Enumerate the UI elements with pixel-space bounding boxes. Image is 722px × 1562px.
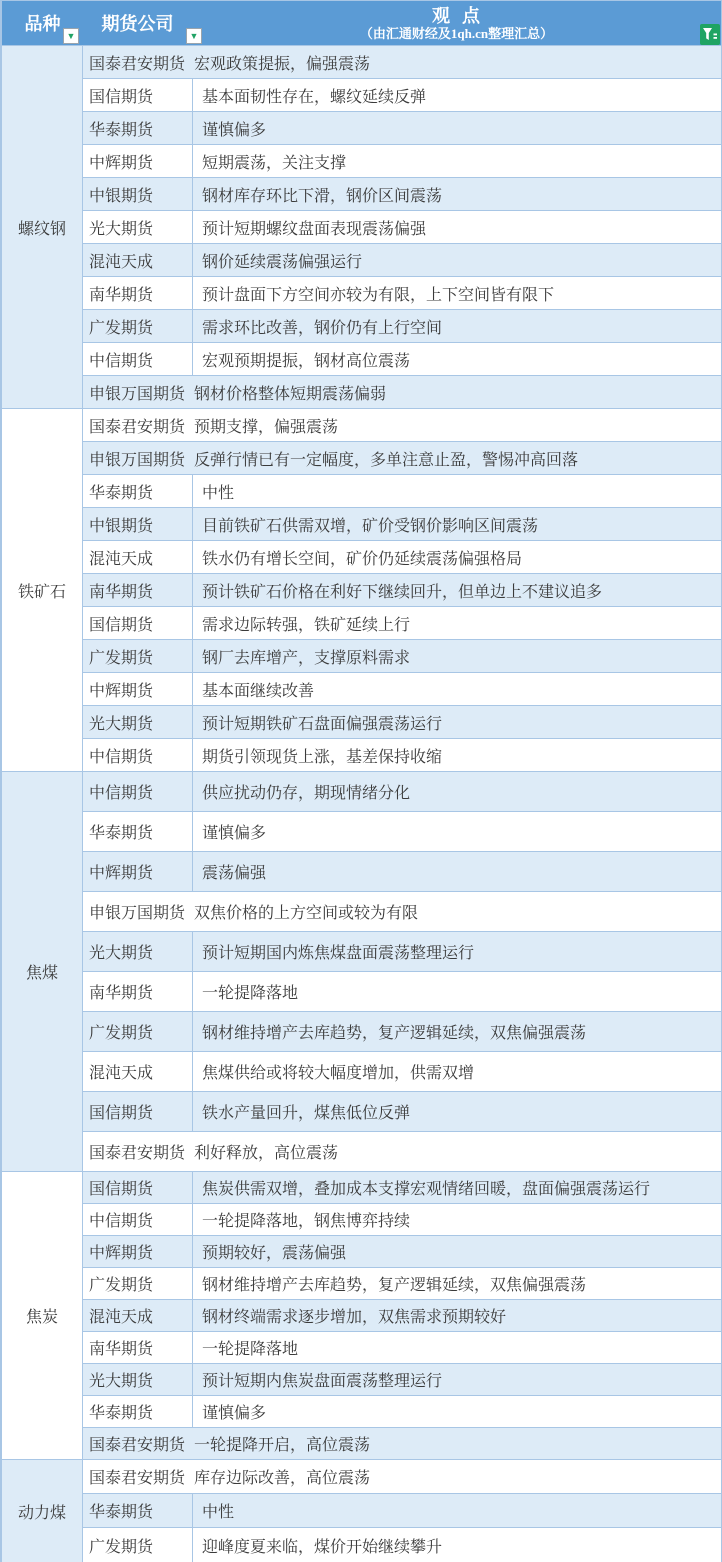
table-row: 广发期货 钢材维持增产去库趋势，复产逻辑延续，双焦偏强震荡: [83, 1268, 721, 1300]
opinion-cell[interactable]: 基本面继续改善: [192, 673, 721, 705]
table-body: 螺纹钢 国泰君安期货 宏观政策提振，偏强震荡 国信期货 基本面韧性存在，螺纹延续…: [2, 46, 721, 1562]
section-rows: 国泰君安期货 宏观政策提振，偏强震荡 国信期货 基本面韧性存在，螺纹延续反弹 华…: [83, 46, 721, 409]
table-row: 中辉期货 震荡偏强: [83, 852, 721, 892]
opinion-cell[interactable]: 焦煤供给或将较大幅度增加，供需双增: [192, 1052, 721, 1091]
opinion-cell[interactable]: 期货引领现货上涨，基差保持收缩: [192, 739, 721, 771]
company-cell[interactable]: 申银万国期货: [83, 892, 192, 931]
company-cell[interactable]: 南华期货: [83, 277, 192, 309]
table-row: 南华期货 一轮提降落地: [83, 1332, 721, 1364]
table-row: 光大期货 预计短期内焦炭盘面震荡整理运行: [83, 1364, 721, 1396]
opinion-cell[interactable]: 震荡偏强: [192, 852, 721, 891]
opinion-filter-button[interactable]: [700, 24, 720, 45]
company-cell[interactable]: 中辉期货: [83, 145, 192, 177]
variety-section: 铁矿石 国泰君安期货 预期支撑，偏强震荡 申银万国期货 反弹行情已有一定幅度，多…: [2, 409, 721, 772]
variety-header-label: 品种: [25, 10, 61, 36]
opinion-cell[interactable]: 钢材维持增产去库趋势，复产逻辑延续，双焦偏强震荡: [192, 1012, 721, 1051]
company-cell[interactable]: 光大期货: [83, 706, 192, 738]
section-rows: 国泰君安期货 预期支撑，偏强震荡 申银万国期货 反弹行情已有一定幅度，多单注意止…: [83, 409, 721, 772]
opinion-cell[interactable]: 反弹行情已有一定幅度，多单注意止盈，警惕冲高回落: [192, 442, 721, 474]
table-row: 华泰期货 谨慎偏多: [83, 112, 721, 145]
opinion-cell[interactable]: 焦炭供需双增，叠加成本支撑宏观情绪回暖，盘面偏强震荡运行: [192, 1172, 721, 1203]
table-row: 华泰期货 中性: [83, 475, 721, 508]
company-cell[interactable]: 国泰君安期货: [83, 409, 192, 441]
opinion-cell[interactable]: 预计短期内焦炭盘面震荡整理运行: [192, 1364, 721, 1395]
company-cell[interactable]: 申银万国期货: [83, 442, 192, 474]
table-row: 南华期货 预计铁矿石价格在利好下继续回升，但单边上不建议追多: [83, 574, 721, 607]
table-row: 国泰君安期货 预期支撑，偏强震荡: [83, 409, 721, 442]
opinions-table: 品种 期货公司 观 点 （由汇通财经及1qh.cn整理汇总） ▼ ▼ 螺纹钢 国…: [0, 0, 722, 1562]
company-cell[interactable]: 国泰君安期货: [83, 1428, 192, 1459]
opinion-cell[interactable]: 谨慎偏多: [192, 1396, 721, 1427]
filter-funnel-icon: [702, 27, 718, 42]
opinion-cell[interactable]: 钢材库存环比下滑，钢价区间震荡: [192, 178, 721, 210]
company-cell[interactable]: 光大期货: [83, 211, 192, 243]
company-cell[interactable]: 广发期货: [83, 640, 192, 672]
company-cell[interactable]: 广发期货: [83, 1268, 192, 1299]
company-filter-button[interactable]: ▼: [186, 28, 202, 44]
company-cell[interactable]: 光大期货: [83, 932, 192, 971]
company-cell[interactable]: 广发期货: [83, 310, 192, 342]
table-row: 南华期货 一轮提降落地: [83, 972, 721, 1012]
company-cell[interactable]: 国泰君安期货: [83, 1132, 192, 1171]
opinion-cell[interactable]: 预计短期铁矿石盘面偏强震荡运行: [192, 706, 721, 738]
company-cell[interactable]: 申银万国期货: [83, 376, 192, 408]
variety-section: 螺纹钢 国泰君安期货 宏观政策提振，偏强震荡 国信期货 基本面韧性存在，螺纹延续…: [2, 46, 721, 409]
table-row: 混沌天成 钢材终端需求逐步增加，双焦需求预期较好: [83, 1300, 721, 1332]
company-cell[interactable]: 国信期货: [83, 607, 192, 639]
company-cell[interactable]: 南华期货: [83, 574, 192, 606]
opinion-cell[interactable]: 谨慎偏多: [192, 812, 721, 851]
table-row: 华泰期货 谨慎偏多: [83, 812, 721, 852]
opinion-header-subtitle: （由汇通财经及1qh.cn整理汇总）: [360, 27, 553, 42]
company-cell[interactable]: 中辉期货: [83, 1236, 192, 1267]
table-row: 中银期货 钢材库存环比下滑，钢价区间震荡: [83, 178, 721, 211]
company-cell[interactable]: 国信期货: [83, 79, 192, 111]
company-cell[interactable]: 华泰期货: [83, 475, 192, 507]
opinion-header-title: 观 点: [432, 6, 481, 27]
opinion-cell[interactable]: 宏观政策提振，偏强震荡: [192, 46, 721, 78]
table-row: 国信期货 焦炭供需双增，叠加成本支撑宏观情绪回暖，盘面偏强震荡运行: [83, 1172, 721, 1204]
opinion-cell[interactable]: 钢价延续震荡偏强运行: [192, 244, 721, 276]
opinion-cell[interactable]: 一轮提降落地，钢焦博弈持续: [192, 1204, 721, 1235]
table-header: 品种 期货公司 观 点 （由汇通财经及1qh.cn整理汇总） ▼ ▼: [2, 1, 721, 46]
table-row: 国信期货 铁水产量回升，煤焦低位反弹: [83, 1092, 721, 1132]
opinion-cell[interactable]: 一轮提降落地: [192, 1332, 721, 1363]
company-cell[interactable]: 国信期货: [83, 1092, 192, 1131]
opinion-cell[interactable]: 铁水产量回升，煤焦低位反弹: [192, 1092, 721, 1131]
section-rows: 国泰君安期货 库存边际改善，高位震荡 华泰期货 中性 广发期货 迎峰度夏来临，煤…: [83, 1460, 721, 1562]
company-header-label: 期货公司: [102, 10, 174, 36]
company-cell[interactable]: 华泰期货: [83, 1396, 192, 1427]
opinion-cell[interactable]: 预计铁矿石价格在利好下继续回升，但单边上不建议追多: [192, 574, 721, 606]
col-header-company: 期货公司: [83, 1, 192, 45]
company-cell[interactable]: 广发期货: [83, 1528, 192, 1562]
variety-cell[interactable]: 焦炭: [2, 1172, 83, 1460]
variety-section: 动力煤 国泰君安期货 库存边际改善，高位震荡 华泰期货 中性 广发期货 迎峰度夏…: [2, 1460, 721, 1562]
opinion-cell[interactable]: 利好释放，高位震荡: [192, 1132, 721, 1171]
table-row: 中银期货 目前铁矿石供需双增，矿价受钢价影响区间震荡: [83, 508, 721, 541]
section-rows: 中信期货 供应扰动仍存，期现情绪分化 华泰期货 谨慎偏多 中辉期货 震荡偏强 申…: [83, 772, 721, 1172]
opinion-cell[interactable]: 宏观预期提振，钢材高位震荡: [192, 343, 721, 375]
opinion-cell[interactable]: 需求边际转强，铁矿延续上行: [192, 607, 721, 639]
opinion-cell[interactable]: 预期较好，震荡偏强: [192, 1236, 721, 1267]
company-cell[interactable]: 光大期货: [83, 1364, 192, 1395]
table-row: 混沌天成 铁水仍有增长空间，矿价仍延续震荡偏强格局: [83, 541, 721, 574]
company-cell[interactable]: 中信期货: [83, 343, 192, 375]
table-row: 混沌天成 焦煤供给或将较大幅度增加，供需双增: [83, 1052, 721, 1092]
company-cell[interactable]: 国泰君安期货: [83, 46, 192, 78]
section-rows: 国信期货 焦炭供需双增，叠加成本支撑宏观情绪回暖，盘面偏强震荡运行 中信期货 一…: [83, 1172, 721, 1460]
opinion-cell[interactable]: 库存边际改善，高位震荡: [192, 1460, 721, 1493]
company-cell[interactable]: 混沌天成: [83, 1300, 192, 1331]
company-cell[interactable]: 南华期货: [83, 1332, 192, 1363]
variety-section: 焦煤 中信期货 供应扰动仍存，期现情绪分化 华泰期货 谨慎偏多 中辉期货 震荡偏…: [2, 772, 721, 1172]
variety-filter-button[interactable]: ▼: [63, 28, 79, 44]
opinion-cell[interactable]: 中性: [192, 475, 721, 507]
company-cell[interactable]: 中银期货: [83, 178, 192, 210]
variety-cell[interactable]: 螺纹钢: [2, 46, 83, 409]
company-cell[interactable]: 中信期货: [83, 772, 192, 811]
company-cell[interactable]: 华泰期货: [83, 812, 192, 851]
opinion-cell[interactable]: 钢材终端需求逐步增加，双焦需求预期较好: [192, 1300, 721, 1331]
opinion-cell[interactable]: 铁水仍有增长空间，矿价仍延续震荡偏强格局: [192, 541, 721, 573]
dropdown-arrow-icon: ▼: [190, 32, 199, 41]
company-cell[interactable]: 广发期货: [83, 1012, 192, 1051]
company-cell[interactable]: 国泰君安期货: [83, 1460, 192, 1493]
opinion-cell[interactable]: 钢材价格整体短期震荡偏弱: [192, 376, 721, 408]
table-row: 国信期货 基本面韧性存在，螺纹延续反弹: [83, 79, 721, 112]
table-row: 广发期货 钢厂去库增产，支撑原料需求: [83, 640, 721, 673]
opinion-cell[interactable]: 钢厂去库增产，支撑原料需求: [192, 640, 721, 672]
table-row: 国泰君安期货 宏观政策提振，偏强震荡: [83, 46, 721, 79]
table-row: 广发期货 迎峰度夏来临，煤价开始继续攀升: [83, 1528, 721, 1562]
opinion-cell[interactable]: 预期支撑，偏强震荡: [192, 409, 721, 441]
company-cell[interactable]: 中信期货: [83, 739, 192, 771]
table-row: 申银万国期货 双焦价格的上方空间或较为有限: [83, 892, 721, 932]
opinion-cell[interactable]: 目前铁矿石供需双增，矿价受钢价影响区间震荡: [192, 508, 721, 540]
variety-cell[interactable]: 焦煤: [2, 772, 83, 1172]
company-cell[interactable]: 混沌天成: [83, 541, 192, 573]
opinion-cell[interactable]: 谨慎偏多: [192, 112, 721, 144]
company-cell[interactable]: 中信期货: [83, 1204, 192, 1235]
col-header-opinion: 观 点 （由汇通财经及1qh.cn整理汇总）: [192, 1, 721, 45]
table-row: 光大期货 预计短期国内炼焦煤盘面震荡整理运行: [83, 932, 721, 972]
table-row: 华泰期货 中性: [83, 1494, 721, 1528]
table-row: 中信期货 期货引领现货上涨，基差保持收缩: [83, 739, 721, 772]
table-row: 申银万国期货 钢材价格整体短期震荡偏弱: [83, 376, 721, 409]
company-cell[interactable]: 混沌天成: [83, 244, 192, 276]
opinion-cell[interactable]: 中性: [192, 1494, 721, 1527]
table-row: 申银万国期货 反弹行情已有一定幅度，多单注意止盈，警惕冲高回落: [83, 442, 721, 475]
opinion-cell[interactable]: 双焦价格的上方空间或较为有限: [192, 892, 721, 931]
opinion-cell[interactable]: 基本面韧性存在，螺纹延续反弹: [192, 79, 721, 111]
company-cell[interactable]: 混沌天成: [83, 1052, 192, 1091]
company-cell[interactable]: 华泰期货: [83, 1494, 192, 1527]
opinion-cell[interactable]: 预计盘面下方空间亦较为有限，上下空间皆有限下: [192, 277, 721, 309]
variety-section: 焦炭 国信期货 焦炭供需双增，叠加成本支撑宏观情绪回暖，盘面偏强震荡运行 中信期…: [2, 1172, 721, 1460]
company-cell[interactable]: 中辉期货: [83, 852, 192, 891]
table-row: 中辉期货 基本面继续改善: [83, 673, 721, 706]
variety-cell[interactable]: 动力煤: [2, 1460, 83, 1562]
dropdown-arrow-icon: ▼: [67, 32, 76, 41]
opinion-cell[interactable]: 钢材维持增产去库趋势，复产逻辑延续，双焦偏强震荡: [192, 1268, 721, 1299]
opinion-cell[interactable]: 迎峰度夏来临，煤价开始继续攀升: [192, 1528, 721, 1562]
table-row: 广发期货 需求环比改善，钢价仍有上行空间: [83, 310, 721, 343]
table-row: 华泰期货 谨慎偏多: [83, 1396, 721, 1428]
opinion-cell[interactable]: 一轮提降开启，高位震荡: [192, 1428, 721, 1459]
table-row: 国信期货 需求边际转强，铁矿延续上行: [83, 607, 721, 640]
table-row: 中辉期货 短期震荡，关注支撑: [83, 145, 721, 178]
table-row: 混沌天成 钢价延续震荡偏强运行: [83, 244, 721, 277]
opinion-cell[interactable]: 预计短期螺纹盘面表现震荡偏强: [192, 211, 721, 243]
table-row: 中信期货 供应扰动仍存，期现情绪分化: [83, 772, 721, 812]
company-cell[interactable]: 中银期货: [83, 508, 192, 540]
opinion-cell[interactable]: 一轮提降落地: [192, 972, 721, 1011]
company-cell[interactable]: 南华期货: [83, 972, 192, 1011]
table-row: 中辉期货 预期较好，震荡偏强: [83, 1236, 721, 1268]
company-cell[interactable]: 华泰期货: [83, 112, 192, 144]
opinion-cell[interactable]: 预计短期国内炼焦煤盘面震荡整理运行: [192, 932, 721, 971]
table-row: 光大期货 预计短期螺纹盘面表现震荡偏强: [83, 211, 721, 244]
opinion-cell[interactable]: 供应扰动仍存，期现情绪分化: [192, 772, 721, 811]
opinion-cell[interactable]: 短期震荡，关注支撑: [192, 145, 721, 177]
table-row: 广发期货 钢材维持增产去库趋势，复产逻辑延续，双焦偏强震荡: [83, 1012, 721, 1052]
company-cell[interactable]: 中辉期货: [83, 673, 192, 705]
table-row: 国泰君安期货 利好释放，高位震荡: [83, 1132, 721, 1172]
table-row: 国泰君安期货 一轮提降开启，高位震荡: [83, 1428, 721, 1460]
table-row: 中信期货 宏观预期提振，钢材高位震荡: [83, 343, 721, 376]
table-row: 光大期货 预计短期铁矿石盘面偏强震荡运行: [83, 706, 721, 739]
opinion-cell[interactable]: 需求环比改善，钢价仍有上行空间: [192, 310, 721, 342]
table-row: 中信期货 一轮提降落地，钢焦博弈持续: [83, 1204, 721, 1236]
table-row: 国泰君安期货 库存边际改善，高位震荡: [83, 1460, 721, 1494]
table-row: 南华期货 预计盘面下方空间亦较为有限，上下空间皆有限下: [83, 277, 721, 310]
company-cell[interactable]: 国信期货: [83, 1172, 192, 1203]
variety-cell[interactable]: 铁矿石: [2, 409, 83, 772]
